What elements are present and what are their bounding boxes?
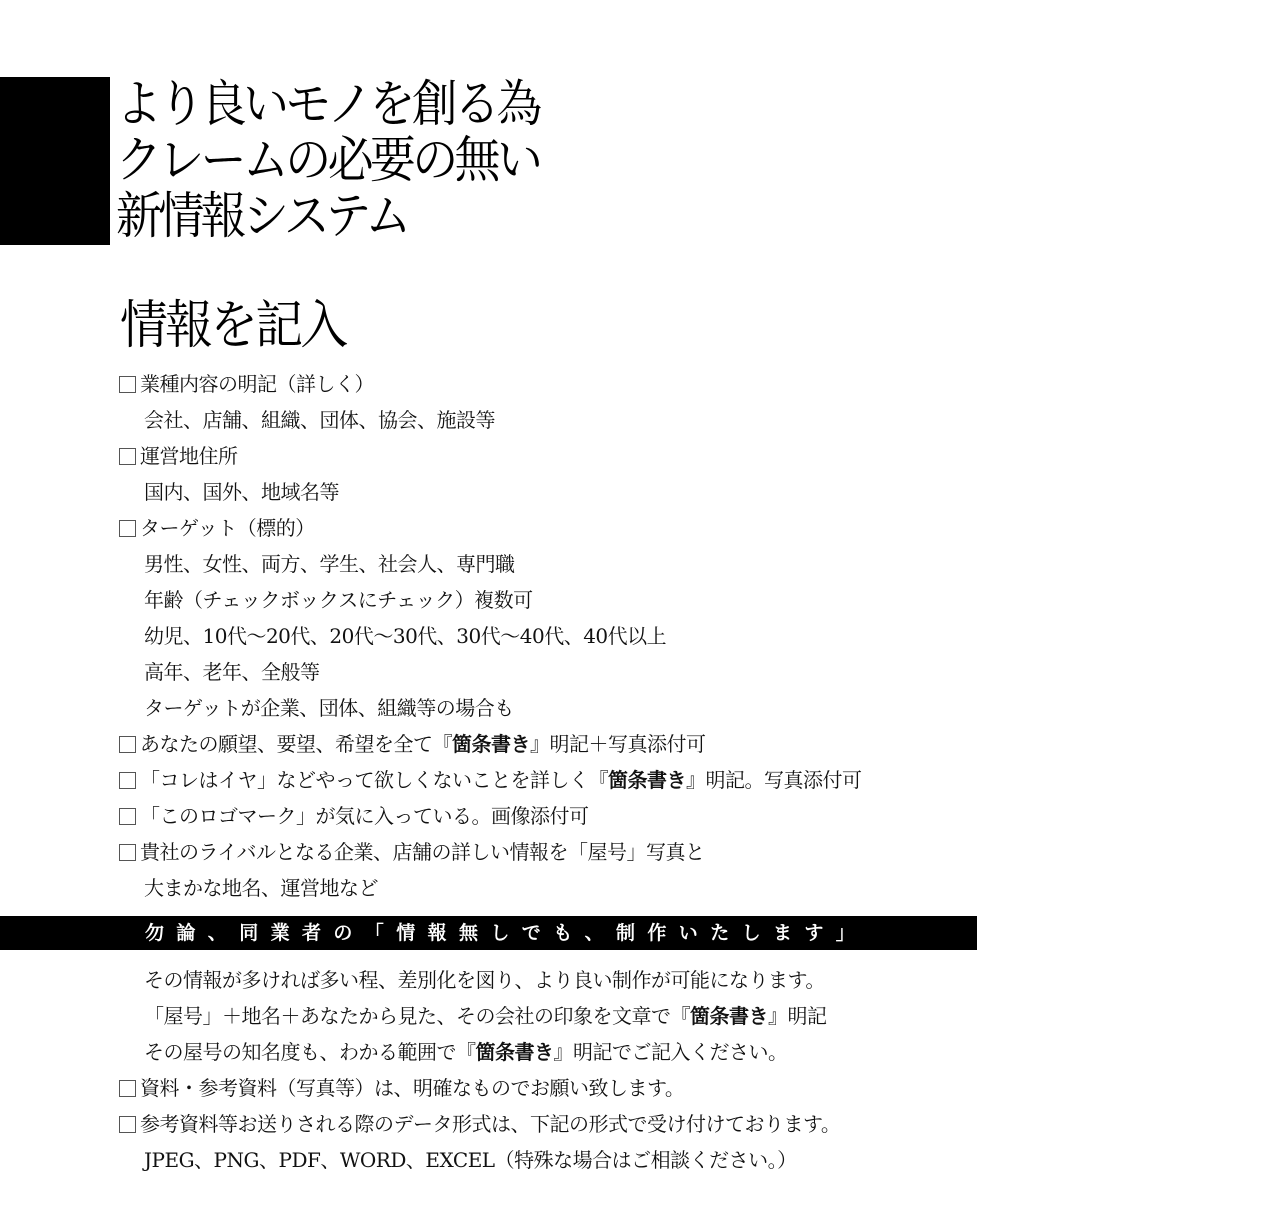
checkbox-icon[interactable] [119, 1080, 136, 1097]
checklist-subitem-label: 国内、国外、地域名等 [144, 480, 339, 504]
checklist-item-label: ターゲット（標的） [140, 516, 315, 540]
emphasis-bullet-points: 箇条書き [452, 732, 530, 756]
checklist-item-label-pre: あなたの願望、要望、希望を全て『 [140, 732, 452, 756]
emphasis-bullet-points: 箇条書き [476, 1040, 554, 1064]
hero-title: より良いモノを創る為 クレームの必要の無い 新情報システム [116, 76, 539, 244]
note-label-post: 』明記でご記入ください。 [554, 1040, 788, 1064]
checklist-item-label: 資料・参考資料（写真等）は、明確なものでお願い致します。 [140, 1076, 684, 1100]
checklist-item-business-type: 業種内容の明記（詳しく） [119, 366, 862, 402]
checklist-subitem-label: 会社、店舗、組織、団体、協会、施設等 [144, 408, 495, 432]
checklist-item-dislikes: 「コレはイヤ」などやって欲しくないことを詳しく『箇条書き』明記。写真添付可 [119, 762, 862, 798]
checklist-item-rivals: 貴社のライバルとなる企業、店舗の詳しい情報を「屋号」写真と [119, 834, 862, 870]
checkbox-icon[interactable] [119, 448, 136, 465]
note-label-pre: 「屋号」＋地名＋あなたから見た、その会社の印象を文章で『 [144, 1004, 690, 1028]
note-subitem: その屋号の知名度も、わかる範囲で『箇条書き』明記でご記入ください。 [119, 1034, 840, 1070]
hero-title-line-2: クレームの必要の無い [116, 132, 539, 188]
checklist-subitem-label: 年齢（チェックボックスにチェック）複数可 [144, 588, 533, 612]
notes-list: その情報が多ければ多い程、差別化を図り、より良い制作が可能になります。 「屋号」… [119, 962, 840, 1178]
checklist-item-data-format: 参考資料等お送りされる際のデータ形式は、下記の形式で受け付けております。 [119, 1106, 840, 1142]
checklist-subitem-label: 幼児、10代〜20代、20代〜30代、30代〜40代、40代以上 [144, 624, 666, 648]
checklist-item-materials: 資料・参考資料（写真等）は、明確なものでお願い致します。 [119, 1070, 840, 1106]
checklist-item-label: 参考資料等お送りされる際のデータ形式は、下記の形式で受け付けております。 [140, 1112, 840, 1136]
checklist-subitem-label: 大まかな地名、運営地など [144, 876, 378, 900]
checklist-item-label: 運営地住所 [140, 444, 238, 468]
emphasis-bullet-points: 箇条書き [690, 1004, 768, 1028]
checklist-item-wishes: あなたの願望、要望、希望を全て『箇条書き』明記＋写真添付可 [119, 726, 862, 762]
checklist-subitem-label: 男性、女性、両方、学生、社会人、専門職 [144, 552, 515, 576]
checklist-subitem: 会社、店舗、組織、団体、協会、施設等 [119, 402, 862, 438]
note-label-pre: その屋号の知名度も、わかる範囲で『 [144, 1040, 476, 1064]
checkbox-icon[interactable] [119, 376, 136, 393]
hero-title-line-3: 新情報システム [116, 188, 539, 244]
section-title: 情報を記入 [120, 296, 345, 356]
info-checklist: 業種内容の明記（詳しく） 会社、店舗、組織、団体、協会、施設等 運営地住所 国内… [119, 366, 862, 906]
checkbox-icon[interactable] [119, 736, 136, 753]
checklist-item-label: 業種内容の明記（詳しく） [140, 372, 374, 396]
checklist-item-label-pre: 「コレはイヤ」などやって欲しくないことを詳しく『 [140, 768, 608, 792]
note-subitem-formats: JPEG、PNG、PDF、WORD、EXCEL（特殊な場合はご相談ください。） [119, 1142, 840, 1178]
note-subitem: その情報が多ければ多い程、差別化を図り、より良い制作が可能になります。 [119, 962, 840, 998]
hero-title-line-1: より良いモノを創る為 [116, 76, 539, 132]
decorative-black-block [0, 77, 110, 245]
emphasis-bullet-points: 箇条書き [608, 768, 686, 792]
checklist-subitem: 幼児、10代〜20代、20代〜30代、30代〜40代、40代以上 [119, 618, 862, 654]
checklist-item-label-post: 』明記。写真添付可 [686, 768, 862, 792]
checkbox-icon[interactable] [119, 520, 136, 537]
notice-banner: 勿論、同業者の「情報無しでも、制作いたします」 [0, 916, 977, 950]
note-label-post: 』明記 [768, 1004, 827, 1028]
checkbox-icon[interactable] [119, 808, 136, 825]
checklist-item-label: 「このロゴマーク」が気に入っている。画像添付可 [140, 804, 589, 828]
checkbox-icon[interactable] [119, 772, 136, 789]
checklist-subitem-label: 高年、老年、全般等 [144, 660, 320, 684]
checklist-item-logo: 「このロゴマーク」が気に入っている。画像添付可 [119, 798, 862, 834]
note-subitem: 「屋号」＋地名＋あなたから見た、その会社の印象を文章で『箇条書き』明記 [119, 998, 840, 1034]
checklist-item-label-post: 』明記＋写真添付可 [530, 732, 706, 756]
checklist-subitem: 大まかな地名、運営地など [119, 870, 862, 906]
checklist-item-target: ターゲット（標的） [119, 510, 862, 546]
checklist-subitem: 高年、老年、全般等 [119, 654, 862, 690]
checklist-item-address: 運営地住所 [119, 438, 862, 474]
checklist-subitem-label: ターゲットが企業、団体、組織等の場合も [144, 696, 514, 720]
checkbox-icon[interactable] [119, 1116, 136, 1133]
note-label: JPEG、PNG、PDF、WORD、EXCEL（特殊な場合はご相談ください。） [144, 1148, 797, 1172]
checklist-item-label: 貴社のライバルとなる企業、店舗の詳しい情報を「屋号」写真と [140, 840, 705, 864]
checklist-subitem: 年齢（チェックボックスにチェック）複数可 [119, 582, 862, 618]
checkbox-icon[interactable] [119, 844, 136, 861]
note-label: その情報が多ければ多い程、差別化を図り、より良い制作が可能になります。 [144, 968, 825, 992]
checklist-subitem: ターゲットが企業、団体、組織等の場合も [119, 690, 862, 726]
checklist-subitem: 国内、国外、地域名等 [119, 474, 862, 510]
checklist-subitem: 男性、女性、両方、学生、社会人、専門職 [119, 546, 862, 582]
